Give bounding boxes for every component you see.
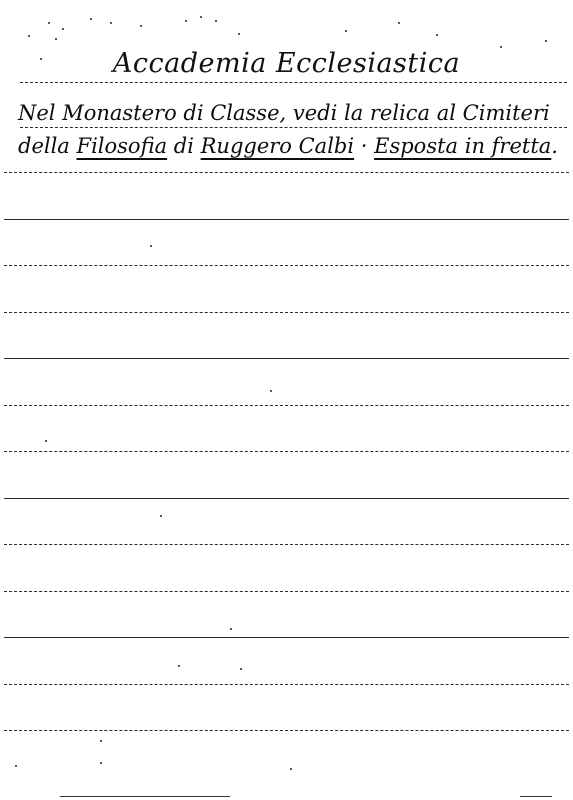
scan-speck	[110, 22, 112, 24]
scan-speck	[140, 25, 142, 27]
ruled-line	[4, 172, 569, 173]
ruled-line	[4, 637, 569, 638]
scan-speck	[345, 30, 347, 32]
ruled-line	[4, 544, 569, 545]
text-segment: Nel Monastero di Classe, vedi la relica …	[18, 101, 550, 125]
text-segment: Filosofia	[77, 134, 168, 158]
scan-speck	[200, 16, 202, 18]
ruled-line	[4, 730, 569, 731]
title-rule	[20, 82, 567, 83]
ruled-line	[4, 498, 569, 499]
text-segment: di	[167, 134, 201, 158]
text-segment: ·	[354, 134, 374, 158]
scan-speck	[40, 58, 42, 60]
scan-speck	[28, 35, 30, 37]
scan-speck	[185, 20, 187, 22]
text-segment: della	[18, 134, 77, 158]
scan-speck	[100, 762, 102, 764]
scan-speck	[270, 390, 272, 392]
scanned-page: Accademia Ecclesiastica Nel Monastero di…	[0, 0, 573, 800]
text-segment: Ruggero Calbi	[201, 134, 354, 158]
ruled-line	[4, 219, 569, 220]
scan-speck	[436, 34, 438, 36]
ruled-line	[4, 451, 569, 452]
text-segment: Esposta in fretta	[374, 134, 551, 158]
scan-speck	[150, 245, 152, 247]
ruled-line	[4, 684, 569, 685]
ruled-line	[4, 591, 569, 592]
handwritten-line-1: Nel Monastero di Classe, vedi la relica …	[18, 101, 550, 125]
scan-speck	[398, 22, 400, 24]
scan-speck	[62, 28, 64, 30]
scan-speck	[90, 18, 92, 20]
scan-speck	[55, 38, 57, 40]
scan-speck	[215, 20, 217, 22]
scan-speck	[15, 765, 17, 767]
scan-speck	[45, 440, 47, 442]
scan-speck	[230, 628, 232, 630]
scan-speck	[160, 515, 162, 517]
ruled-line	[20, 127, 567, 128]
scan-speck	[238, 33, 240, 35]
scan-speck	[240, 668, 242, 670]
bottom-edge-rule	[520, 796, 552, 797]
scan-speck	[100, 740, 102, 742]
ruled-line	[4, 405, 569, 406]
document-title: Accademia Ecclesiastica	[0, 48, 573, 79]
ruled-line	[4, 312, 569, 313]
ruled-line	[4, 358, 569, 359]
scan-speck	[290, 768, 292, 770]
text-segment: .	[551, 134, 558, 158]
scan-speck	[500, 46, 502, 48]
bottom-edge-rule	[60, 796, 230, 797]
scan-speck	[545, 40, 547, 42]
handwritten-line-2: della Filosofia di Ruggero Calbi · Espos…	[18, 134, 558, 158]
ruled-line	[4, 265, 569, 266]
scan-speck	[178, 665, 180, 667]
scan-speck	[48, 22, 50, 24]
